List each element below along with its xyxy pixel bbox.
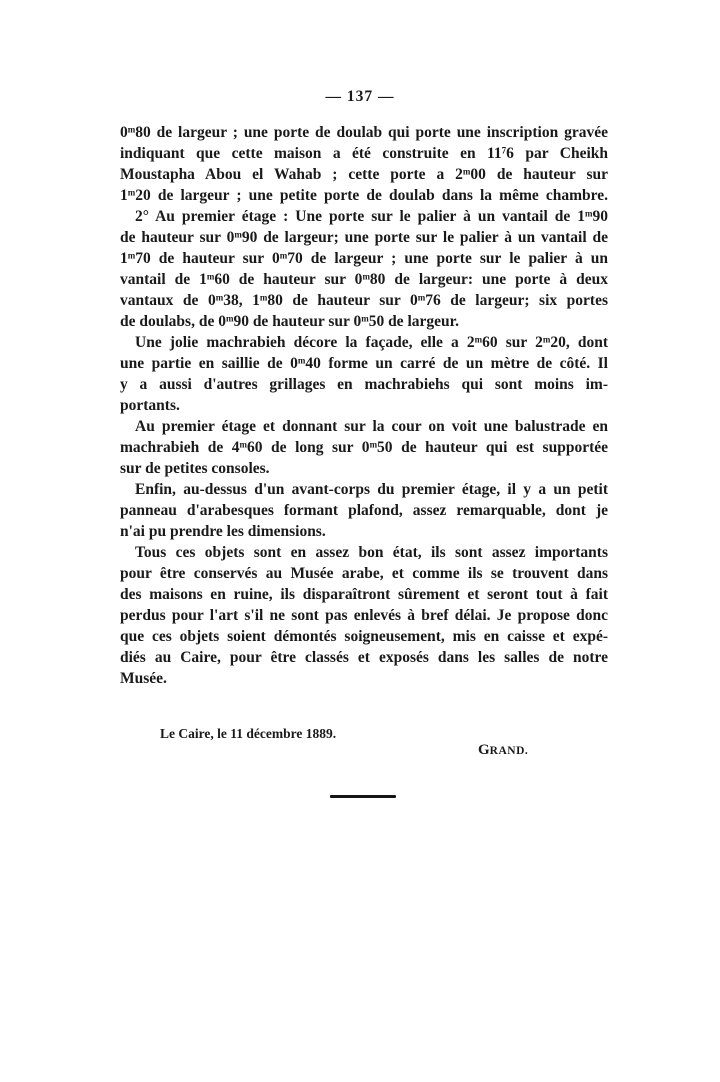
- text-line: panneau d'arabesques formant plafond, as…: [120, 500, 608, 521]
- text-line: portants.: [120, 395, 608, 416]
- text-line: pour être conservés au Musée arabe, et c…: [120, 563, 608, 584]
- signature-rest: RAND.: [490, 745, 529, 757]
- text-line: 0m80 de largeur ; une porte de doulab qu…: [120, 122, 608, 143]
- text-line: Une jolie machrabieh décore la façade, e…: [120, 332, 608, 353]
- text-line: que ces objets soient démontés soigneuse…: [120, 626, 608, 647]
- text-line: perdus pour l'art s'il ne sont pas enlev…: [120, 605, 608, 626]
- text-line: indiquant que cette maison a été constru…: [120, 143, 608, 164]
- body-text: 0m80 de largeur ; une porte de doulab qu…: [120, 122, 608, 689]
- text-line: 2° Au premier étage : Une porte sur le p…: [120, 206, 608, 227]
- text-line: 1m20 de largeur ; une petite porte de do…: [120, 185, 608, 206]
- signature: GRAND.: [478, 741, 528, 759]
- text-line: Enfin, au-dessus d'un avant-corps du pre…: [120, 479, 608, 500]
- text-line: Moustapha Abou el Wahab ; cette porte a …: [120, 164, 608, 185]
- text-line: n'ai pu prendre les dimensions.: [120, 521, 608, 542]
- text-line: vantaux de 0m38, 1m80 de hauteur sur 0m7…: [120, 290, 608, 311]
- closing-rule: [330, 795, 396, 798]
- text-line: y a aussi d'autres grillages en machrabi…: [120, 374, 608, 395]
- text-line: sur de petites consoles.: [120, 458, 608, 479]
- text-line: de hauteur sur 0m90 de largeur; une port…: [120, 227, 608, 248]
- text-line: diés au Caire, pour être classés et expo…: [120, 647, 608, 668]
- dateline: Le Caire, le 11 décembre 1889.: [160, 726, 336, 742]
- text-line: des maisons en ruine, ils disparaîtront …: [120, 584, 608, 605]
- text-line: Musée.: [120, 668, 608, 689]
- scanned-page: — 137 — 0m80 de largeur ; une porte de d…: [0, 0, 720, 1082]
- text-line: Au premier étage et donnant sur la cour …: [120, 416, 608, 437]
- text-line: de doulabs, de 0m90 de hauteur sur 0m50 …: [120, 311, 608, 332]
- text-line: une partie en saillie de 0m40 forme un c…: [120, 353, 608, 374]
- text-line: vantail de 1m60 de hauteur sur 0m80 de l…: [120, 269, 608, 290]
- text-line: machrabieh de 4m60 de long sur 0m50 de h…: [120, 437, 608, 458]
- text-line: Tous ces objets sont en assez bon état, …: [120, 542, 608, 563]
- text-line: 1m70 de hauteur sur 0m70 de largeur ; un…: [120, 248, 608, 269]
- signature-initial: G: [478, 742, 490, 758]
- page-number: — 137 —: [120, 88, 600, 106]
